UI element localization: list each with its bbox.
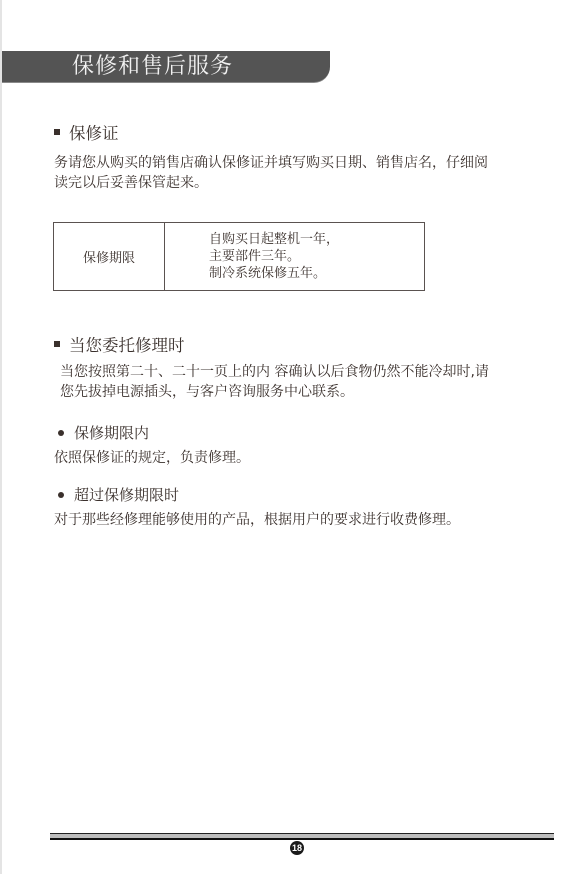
warranty-card-paragraph: 务请您从购买的销售店确认保修证并填写购买日期、销售店名，仔细阅 读完以后妥善保管… xyxy=(54,153,568,193)
square-bullet-icon xyxy=(54,341,60,347)
dot-bullet-icon xyxy=(58,492,64,498)
section-heading-text: 保修证 xyxy=(69,120,119,144)
paragraph-line: 务请您从购买的销售店确认保修证并填写购买日期、销售店名，仔细阅 xyxy=(54,153,568,173)
subheading-text: 超过保修期限时 xyxy=(74,484,179,505)
page-title: 保修和售后服务 xyxy=(72,53,233,80)
section-heading-repair-request: 当您委托修理时 xyxy=(54,332,185,356)
page-left-edge xyxy=(0,0,2,874)
subheading-beyond-warranty: 超过保修期限时 xyxy=(54,484,179,505)
warranty-line: 制冷系统保修五年。 xyxy=(209,265,424,282)
warranty-period-value: 自购买日起整机一年， 主要部件三年。 制冷系统保修五年。 xyxy=(165,223,425,291)
dot-bullet-icon xyxy=(58,430,64,436)
section-heading-text: 当您委托修理时 xyxy=(69,332,185,356)
paragraph-line: 当您按照第二十、二十一页上的内 容确认以后食物仍然不能冷却时,请 xyxy=(60,362,574,382)
beyond-warranty-paragraph: 对于那些经修理能够使用的产品，根据用户的要求进行收费修理。 xyxy=(54,510,568,530)
paragraph-line: 您先拔掉电源插头，与客户咨询服务中心联系。 xyxy=(60,382,574,402)
page-number: 18 xyxy=(290,841,304,855)
repair-request-paragraph: 当您按照第二十、二十一页上的内 容确认以后食物仍然不能冷却时,请 您先拔掉电源插… xyxy=(60,362,574,402)
warranty-period-label: 保修期限 xyxy=(54,223,165,291)
within-warranty-paragraph: 依照保修证的规定，负责修理。 xyxy=(54,448,568,468)
footer-rule xyxy=(50,833,554,840)
warranty-line: 主要部件三年。 xyxy=(209,248,424,265)
square-bullet-icon xyxy=(54,129,60,135)
subheading-within-warranty: 保修期限内 xyxy=(54,422,149,443)
paragraph-line: 读完以后妥善保管起来。 xyxy=(54,173,568,193)
section-heading-warranty-card: 保修证 xyxy=(54,120,119,144)
subheading-text: 保修期限内 xyxy=(74,422,149,443)
warranty-period-table: 保修期限 自购买日起整机一年， 主要部件三年。 制冷系统保修五年。 xyxy=(53,222,425,291)
header-bar: 保修和售后服务 xyxy=(2,51,330,83)
warranty-line: 自购买日起整机一年， xyxy=(209,231,424,248)
